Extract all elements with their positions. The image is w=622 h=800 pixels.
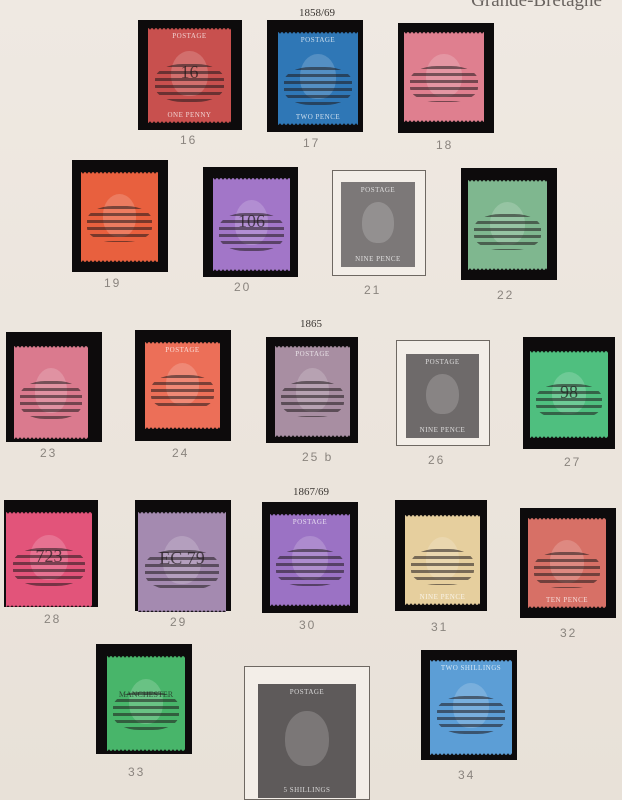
perforation: [81, 172, 158, 262]
stamp[interactable]: MANCHESTER: [107, 656, 185, 751]
stamp[interactable]: 723: [6, 512, 92, 607]
perforation: [138, 512, 226, 612]
stamp[interactable]: TEN PENCE: [528, 518, 606, 608]
catalog-number-label: 25 b: [302, 450, 333, 464]
stamp[interactable]: 106: [213, 178, 290, 271]
perforation: [278, 32, 358, 125]
perforation: [6, 512, 92, 607]
catalog-number-label: 27: [564, 455, 581, 469]
stamp-value-text: NINE PENCE: [341, 255, 415, 263]
stamp[interactable]: [81, 172, 158, 262]
catalog-number-label: 21: [364, 283, 381, 297]
stamp-value-text: 5 SHILLINGS: [258, 786, 356, 794]
perforation: [145, 342, 220, 429]
catalog-number-label: 31: [431, 620, 448, 634]
queen-portrait-icon: [362, 202, 395, 243]
catalog-number-label: 23: [40, 446, 57, 460]
catalog-number-label: 32: [560, 626, 577, 640]
perforation: [430, 660, 512, 755]
catalog-number-label: 33: [128, 765, 145, 779]
catalog-number-label: 16: [180, 133, 197, 147]
page-title: Grande-Bretagne: [471, 0, 602, 12]
catalog-number-label: 18: [436, 138, 453, 152]
stamp[interactable]: POSTAGE5 SHILLINGS: [258, 684, 356, 798]
queen-portrait-icon: [426, 374, 458, 414]
perforation: [528, 518, 606, 608]
catalog-number-label: 24: [172, 446, 189, 460]
stamp[interactable]: NINE PENCE: [405, 515, 480, 605]
stamp[interactable]: POSTAGENINE PENCE: [406, 354, 479, 438]
catalog-number-label: 20: [234, 280, 251, 294]
catalog-number-label: 22: [497, 288, 514, 302]
perforation: [530, 351, 608, 438]
stamp-top-text: POSTAGE: [258, 688, 356, 696]
queen-portrait-icon: [285, 711, 328, 766]
catalog-number-label: 34: [458, 768, 475, 782]
stamp-value-text: NINE PENCE: [406, 426, 479, 434]
stamp[interactable]: POSTAGENINE PENCE: [341, 182, 415, 267]
stamp[interactable]: POSTAGEONE PENNY16: [148, 28, 231, 123]
section-year-1858-69: 1858/69: [299, 7, 335, 19]
perforation: [14, 346, 88, 439]
stamp[interactable]: [14, 346, 88, 439]
perforation: [468, 180, 547, 270]
catalog-number-label: 17: [303, 136, 320, 150]
stamp[interactable]: TWO SHILLINGS: [430, 660, 512, 755]
section-year-1865: 1865: [300, 318, 322, 330]
stamp[interactable]: [468, 180, 547, 270]
stamp[interactable]: POSTAGE: [270, 514, 350, 606]
album-page: Grande-Bretagne 1858/69 1865 1867/69 POS…: [0, 0, 622, 800]
stamp[interactable]: POSTAGETWO PENCE: [278, 32, 358, 125]
stamp[interactable]: 98: [530, 351, 608, 438]
stamp-top-text: POSTAGE: [406, 358, 479, 366]
perforation: [275, 346, 350, 437]
perforation: [270, 514, 350, 606]
catalog-number-label: 19: [104, 276, 121, 290]
catalog-number-label: 29: [170, 615, 187, 629]
perforation: [107, 656, 185, 751]
stamp[interactable]: [404, 32, 484, 122]
catalog-number-label: 30: [299, 618, 316, 632]
stamp-top-text: POSTAGE: [341, 186, 415, 194]
perforation: [213, 178, 290, 271]
perforation: [148, 28, 231, 123]
section-year-1867-69: 1867/69: [293, 486, 329, 498]
stamp[interactable]: POSTAGE: [145, 342, 220, 429]
stamp[interactable]: EC 79: [138, 512, 226, 612]
catalog-number-label: 26: [428, 453, 445, 467]
catalog-number-label: 28: [44, 612, 61, 626]
stamp[interactable]: POSTAGE: [275, 346, 350, 437]
perforation: [405, 515, 480, 605]
perforation: [404, 32, 484, 122]
